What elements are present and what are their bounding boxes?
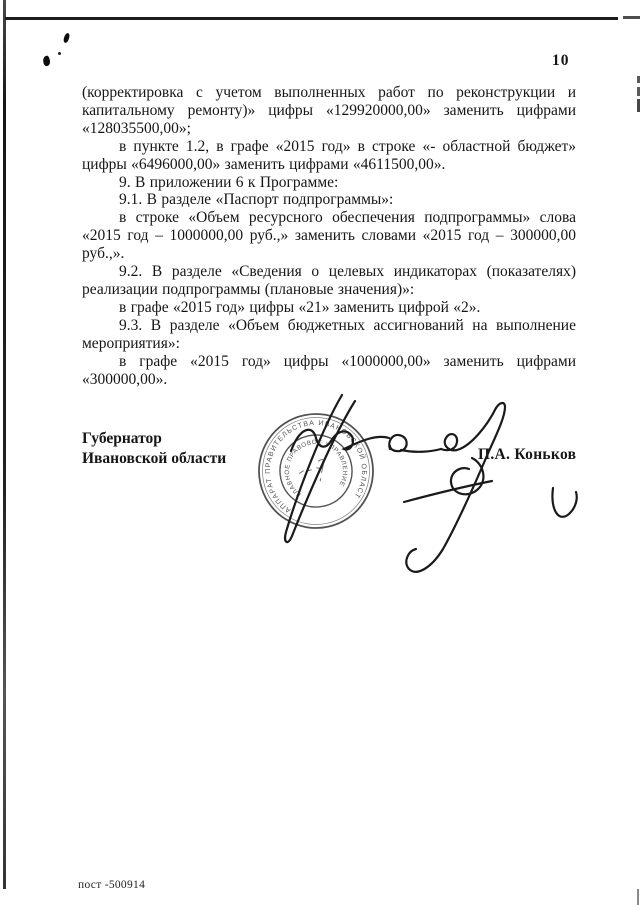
document-body: (корректировка с учетом выполненных рабо… (82, 84, 576, 388)
signer-title-line2: Ивановской области (82, 449, 226, 469)
paragraph: (корректировка с учетом выполненных рабо… (82, 84, 576, 138)
ink-speck (42, 55, 52, 67)
signer-title-line1: Губернатор (82, 429, 226, 449)
signer-title: Губернатор Ивановской области (82, 429, 226, 469)
ink-speck (63, 33, 70, 44)
paragraph: в графе «2015 год» цифры «1000000,00» за… (82, 353, 576, 389)
ink-speck (58, 52, 61, 55)
paragraph: в графе «2015 год» цифры «21» заменить ц… (82, 299, 576, 317)
scan-right-edge-mark (637, 889, 639, 905)
stamp-center-marks (297, 459, 327, 485)
footer-note: пост -500914 (78, 879, 145, 891)
scanned-document-page: 10 (корректировка с учетом выполненных р… (0, 0, 640, 905)
page-number: 10 (552, 52, 570, 70)
scan-top-edge-dash (623, 16, 640, 19)
paragraph: в строке «Объем ресурсного обеспечения п… (82, 209, 576, 263)
paragraph: 9. В приложении 6 к Программе: (82, 174, 576, 192)
signature-scrawl (285, 395, 577, 572)
paragraph: 9.3. В разделе «Объем бюджетных ассигнов… (82, 317, 576, 353)
paragraph: в пункте 1.2, в графе «2015 год» в строк… (82, 138, 576, 174)
scan-top-edge-line (5, 17, 618, 20)
paragraph: 9.1. В разделе «Паспорт подпрограммы»: (82, 191, 576, 209)
paragraph: 9.2. В разделе «Сведения о целевых индик… (82, 263, 576, 299)
scan-left-edge-line (3, 0, 6, 889)
signer-name: П.А. Коньков (478, 446, 576, 464)
